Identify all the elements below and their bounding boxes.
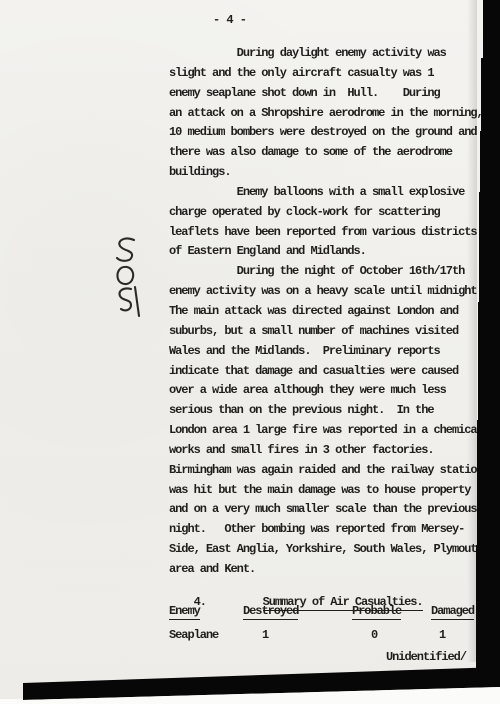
table-header-enemy: Enemy [169, 604, 200, 620]
text-line: Birmingham was again raided and the rail… [169, 461, 491, 481]
text-line: works and small fires in 3 other factori… [169, 441, 491, 461]
page-number: - 4 - [213, 13, 247, 27]
text-line: suburbs, but a small number of machines … [169, 322, 491, 342]
text-line: 10 medium bombers were destroyed on the … [169, 123, 491, 143]
scan-black-band-bottom [23, 667, 500, 700]
table-header-damaged: Damaged [431, 604, 474, 620]
text-line: there was also damage to some of the aer… [169, 143, 491, 163]
text-line: Wales and the Midlands. Preliminary repo… [169, 342, 491, 362]
table-cell-damaged: 1 [439, 628, 445, 642]
text-line: of Eastern England and Midlands. [169, 242, 491, 262]
text-line: and on a very much smaller scale than th… [169, 500, 491, 520]
text-line: slight and the only aircraft casualty wa… [169, 64, 491, 84]
table-cell-probable: 0 [371, 628, 377, 642]
continuation-word: Unidentified/ [386, 650, 466, 664]
table-header-probable: Probable [352, 604, 401, 620]
body-text: During daylight enemy activity wasslight… [169, 44, 491, 580]
text-line: night. Other bombing was reported from M… [169, 520, 491, 540]
text-line: The main attack was directed against Lon… [169, 302, 491, 322]
handwritten-digit-5b [120, 288, 131, 310]
handwritten-stroke [135, 287, 139, 316]
table-cell-enemy: Seaplane [169, 628, 218, 642]
handwritten-annotation [108, 236, 148, 318]
text-line: Side, East Anglia, Yorkshire, South Wale… [169, 540, 491, 560]
table-cell-destroyed: 1 [262, 628, 268, 642]
text-line: Enemy balloons with a small explosive [169, 183, 491, 203]
text-line: During the night of October 16th/17th [169, 262, 491, 282]
text-line: was hit but the main damage was to house… [169, 481, 491, 501]
handwritten-digit-0 [117, 267, 133, 284]
text-line: leaflets have been reported from various… [169, 223, 491, 243]
text-line: London area 1 large fire was reported in… [169, 421, 491, 441]
text-line: charge operated by clock-work for scatte… [169, 203, 491, 223]
text-line: an attack on a Shropshire aerodrome in t… [169, 104, 491, 124]
text-line: area and Kent. [169, 560, 491, 580]
scanned-document-page: - 4 - During daylight enemy activity was… [0, 0, 500, 704]
text-line: During daylight enemy activity was [169, 44, 491, 64]
handwritten-digit-5 [117, 239, 134, 261]
text-line: indicate that damage and casualties were… [169, 362, 491, 382]
text-line: serious than on the previous night. In t… [169, 401, 491, 421]
scanner-background [0, 687, 500, 704]
text-line: enemy activity was on a heavy scale unti… [169, 282, 491, 302]
text-line: buildings. [169, 163, 491, 183]
text-line: enemy seaplane shot down in Hull. During [169, 84, 491, 104]
text-line: over a wide area although they were much… [169, 381, 491, 401]
table-header-destroyed: Destroyed [243, 604, 298, 620]
